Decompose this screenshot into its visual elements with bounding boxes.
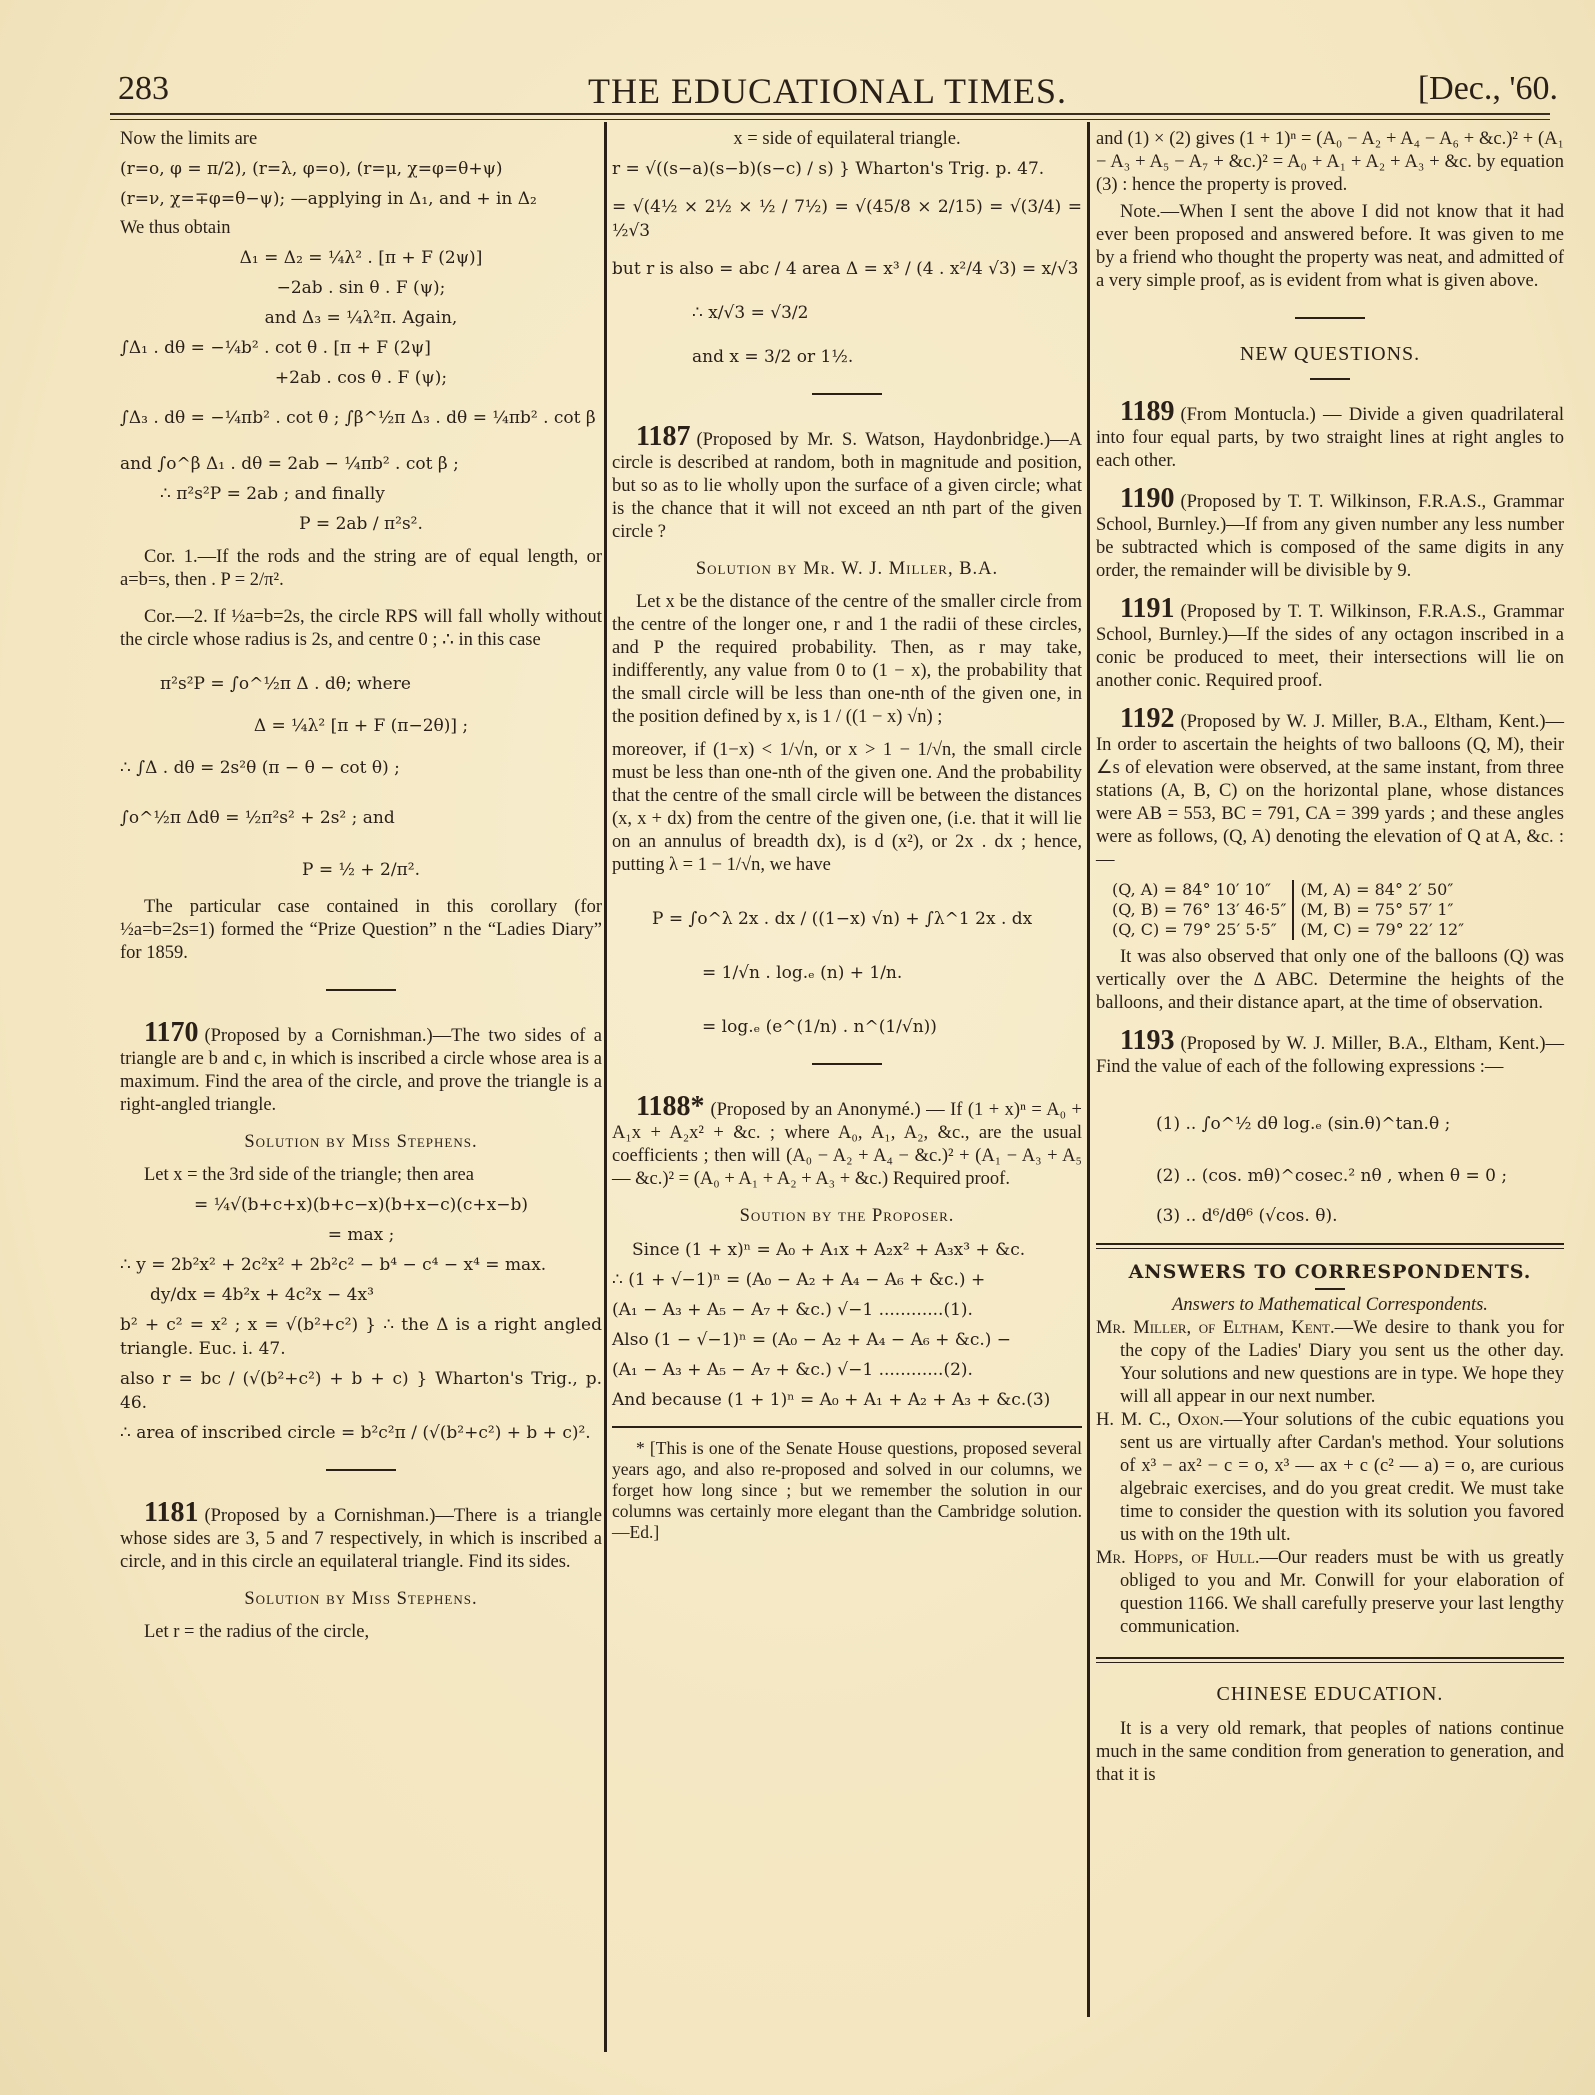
equation: Δ = ¼λ² [π + F (π−2θ)] ; xyxy=(120,714,602,738)
section-separator xyxy=(326,1469,396,1471)
paragraph: x = side of equilateral triangle. xyxy=(612,128,1082,151)
correspondent-name: H. M. C., Oxon. xyxy=(1096,1410,1224,1430)
column-1: Now the limits are (r=o, φ = π/2), (r=λ,… xyxy=(120,128,602,1644)
solution-heading: Solution by Mr. W. J. Miller, B.A. xyxy=(612,558,1082,581)
equation: ∫Δ₃ . dθ = −¼πb² . cot θ ; ∫β^½π Δ₃ . dθ… xyxy=(120,406,602,430)
table-cell: (M, B) = 75° 57′ 1″ xyxy=(1293,900,1470,920)
table-cell: (M, A) = 84° 2′ 50″ xyxy=(1293,880,1470,900)
equation: dy/dx = 4b²x + 4c²x − 4x³ xyxy=(120,1283,602,1307)
prize-note: The particular case contained in this co… xyxy=(120,896,602,965)
equation: Since (1 + x)ⁿ = A₀ + A₁x + A₂x² + A₃x³ … xyxy=(612,1238,1082,1262)
section-separator xyxy=(326,989,396,991)
equation: = 1/√n . log.ₑ (n) + 1/n. xyxy=(612,961,1082,985)
question-1190: 1190(Proposed by T. T. Wilkinson, F.R.A.… xyxy=(1096,487,1564,583)
expression-1: (1) .. ∫o^½ dθ log.ₑ (sin.θ)^tan.θ ; xyxy=(1156,1109,1564,1139)
equation: ∴ ∫Δ . dθ = 2s²θ (π − θ − cot θ) ; xyxy=(120,756,602,780)
column-divider-2 xyxy=(1087,122,1090,2017)
equation: = log.ₑ (e^(1/n) . n^(1/√n)) xyxy=(612,1015,1082,1039)
question-1191: 1191(Proposed by T. T. Wilkinson, F.R.A.… xyxy=(1096,597,1564,693)
equation: and x = 3/2 or 1½. xyxy=(612,345,1082,369)
question-text: (Proposed by W. J. Miller, B.A., Eltham,… xyxy=(1096,712,1564,870)
editor-footnote: * [This is one of the Senate House quest… xyxy=(612,1438,1082,1543)
equation: = √(4½ × 2½ × ½ / 7½) = √(45/8 × 2/15) =… xyxy=(612,195,1082,243)
section-separator xyxy=(812,393,882,395)
table-cell: (Q, C) = 79° 25′ 5·5″ xyxy=(1106,920,1293,940)
equation: P = 2ab / π²s². xyxy=(120,512,602,536)
equation: ∫o^½π Δdθ = ½π²s² + 2s² ; and xyxy=(120,806,602,830)
question-1188: 1188*(Proposed by an Anonymé.) — If (1 +… xyxy=(612,1095,1082,1191)
equation: (A₁ − A₃ + A₅ − A₇ + &c.) √−1 ..........… xyxy=(612,1358,1082,1382)
solution-heading: Solution by Miss Stephens. xyxy=(120,1131,602,1154)
new-questions-heading: NEW QUESTIONS. xyxy=(1096,343,1564,366)
corollary-2: Cor.—2. If ½a=b=2s, the circle RPS will … xyxy=(120,606,602,652)
paragraph: Let x = the 3rd side of the triangle; th… xyxy=(120,1164,602,1187)
equation: P = ∫o^λ 2x . dx / ((1−x) √n) + ∫λ^1 2x … xyxy=(612,907,1082,931)
equation: P = ½ + 2/π². xyxy=(120,858,602,882)
equation: (r=ν, χ=∓φ=θ−ψ); —applying in Δ₁, and + … xyxy=(120,187,602,211)
table-cell: (Q, B) = 76° 13′ 46·5″ xyxy=(1106,900,1293,920)
equation: π²s²P = ∫o^½π Δ . dθ; where xyxy=(120,672,602,696)
equation: = max ; xyxy=(120,1223,602,1247)
solution-heading: Solution by Miss Stephens. xyxy=(120,1588,602,1611)
equation: r = √((s−a)(s−b)(s−c) / s) } Wharton's T… xyxy=(612,157,1082,181)
paragraph: Let r = the radius of the circle, xyxy=(120,1621,602,1644)
section-double-rule xyxy=(1096,1657,1564,1663)
intro-text: Now the limits are xyxy=(120,128,602,151)
equation: +2ab . cos θ . F (ψ); xyxy=(120,366,602,390)
equation: −2ab . sin θ . F (ψ); xyxy=(120,276,602,300)
question-number: 1190 xyxy=(1120,483,1174,514)
answers-heading: ANSWERS TO CORRESPONDENTS. xyxy=(1096,1261,1564,1284)
masthead-title: THE EDUCATIONAL TIMES. xyxy=(588,70,1067,112)
equation: ∫Δ₁ . dθ = −¼b² . cot θ . [π + F (2ψ] xyxy=(120,336,602,360)
section-separator xyxy=(1310,378,1350,380)
angles-table: (Q, A) = 84° 10′ 10″(M, A) = 84° 2′ 50″ … xyxy=(1106,880,1470,940)
correspondent-name: Mr. Miller, of Eltham, Kent. xyxy=(1096,1318,1335,1338)
note-paragraph: Note.—When I sent the above I did not kn… xyxy=(1096,201,1564,293)
paragraph: and (1) × (2) gives (1 + 1)ⁿ = (A₀ − A₂ … xyxy=(1096,128,1564,197)
issue-date: [Dec., '60. xyxy=(1418,70,1558,108)
expression-2: (2) .. (cos. mθ)^cosec.² nθ , when θ = 0… xyxy=(1156,1161,1564,1191)
question-1187: 1187(Proposed by Mr. S. Watson, Haydonbr… xyxy=(612,425,1082,544)
table-cell: (Q, A) = 84° 10′ 10″ xyxy=(1106,880,1293,900)
equation: Δ₁ = Δ₂ = ¼λ² . [π + F (2ψ)] xyxy=(120,246,602,270)
page-number: 283 xyxy=(118,70,169,108)
footnote-rule xyxy=(612,1426,1082,1428)
column-divider-1 xyxy=(604,122,607,2052)
question-1193: 1193(Proposed by W. J. Miller, B.A., Elt… xyxy=(1096,1029,1564,1079)
header-rule-thin xyxy=(110,119,1550,120)
page-header: 283 THE EDUCATIONAL TIMES. [Dec., '60. xyxy=(118,70,1558,114)
equation: = ¼√(b+c+x)(b+c−x)(b+x−c)(c+x−b) xyxy=(120,1193,602,1217)
equation: ∴ area of inscribed circle = b²c²π / (√(… xyxy=(120,1421,602,1445)
question-number: 1181 xyxy=(144,1497,198,1528)
answers-subheading: Answers to Mathematical Correspondents. xyxy=(1096,1294,1564,1317)
equation: ∴ y = 2b²x² + 2c²x² + 2b²c² − b⁴ − c⁴ − … xyxy=(120,1253,602,1277)
section-separator xyxy=(1295,317,1365,319)
corollary-1: Cor. 1.—If the rods and the string are o… xyxy=(120,546,602,592)
column-3: and (1) × (2) gives (1 + 1)ⁿ = (A₀ − A₂ … xyxy=(1096,128,1564,1787)
section-double-rule xyxy=(1096,1243,1564,1249)
table-row: (Q, C) = 79° 25′ 5·5″(M, C) = 79° 22′ 12… xyxy=(1106,920,1470,940)
equation: and Δ₃ = ¼λ²π. Again, xyxy=(120,306,602,330)
question-number: 1189 xyxy=(1120,396,1174,427)
equation: ∴ x/√3 = √3/2 xyxy=(612,301,1082,325)
question-number: 1193 xyxy=(1120,1025,1174,1056)
paragraph: Let x be the distance of the centre of t… xyxy=(612,591,1082,729)
equation: (r=o, φ = π/2), (r=λ, φ=o), (r=μ, χ=φ=θ+… xyxy=(120,157,602,181)
equation: ∴ (1 + √−1)ⁿ = (A₀ − A₂ + A₄ − A₆ + &c.)… xyxy=(612,1268,1082,1292)
chinese-education-heading: CHINESE EDUCATION. xyxy=(1096,1683,1564,1706)
equation: b² + c² = x² ; x = √(b²+c²) } ∴ the Δ is… xyxy=(120,1313,602,1361)
paragraph: It was also observed that only one of th… xyxy=(1096,946,1564,1015)
table-row: (Q, B) = 76° 13′ 46·5″(M, B) = 75° 57′ 1… xyxy=(1106,900,1470,920)
answer-text: —Your solutions of the cubic equations y… xyxy=(1120,1410,1564,1545)
answer-item: H. M. C., Oxon.—Your solutions of the cu… xyxy=(1096,1409,1564,1547)
equation: (A₁ − A₃ + A₅ − A₇ + &c.) √−1 ..........… xyxy=(612,1298,1082,1322)
equation: And because (1 + 1)ⁿ = A₀ + A₁ + A₂ + A₃… xyxy=(612,1388,1082,1412)
equation: but r is also = abc / 4 area Δ = x³ / (4… xyxy=(612,257,1082,281)
section-separator xyxy=(1315,1288,1345,1290)
equation: Also (1 − √−1)ⁿ = (A₀ − A₂ + A₄ − A₆ + &… xyxy=(612,1328,1082,1352)
answer-item: Mr. Miller, of Eltham, Kent.—We desire t… xyxy=(1096,1317,1564,1409)
question-number: 1192 xyxy=(1120,703,1174,734)
question-1189: 1189(From Montucla.) — Divide a given qu… xyxy=(1096,400,1564,473)
section-separator xyxy=(812,1063,882,1065)
question-1181: 1181(Proposed by a Cornishman.)—There is… xyxy=(120,1501,602,1574)
table-cell: (M, C) = 79° 22′ 12″ xyxy=(1293,920,1470,940)
expression-3: (3) .. d⁶/dθ⁶ (√cos. θ). xyxy=(1156,1201,1564,1231)
equation: ∴ π²s²P = 2ab ; and finally xyxy=(120,482,602,506)
equation: and ∫o^β Δ₁ . dθ = 2ab − ¼πb² . cot β ; xyxy=(120,452,602,476)
equation: also r = bc / (√(b²+c²) + b + c) } Whart… xyxy=(120,1367,602,1415)
header-rule xyxy=(110,113,1550,115)
solution-heading: Soution by the Proposer. xyxy=(612,1205,1082,1228)
table-row: (Q, A) = 84° 10′ 10″(M, A) = 84° 2′ 50″ xyxy=(1106,880,1470,900)
question-number: 1191 xyxy=(1120,593,1174,624)
question-1192: 1192(Proposed by W. J. Miller, B.A., Elt… xyxy=(1096,707,1564,872)
question-number: 1188* xyxy=(636,1091,704,1122)
correspondent-name: Mr. Hopps, of Hull. xyxy=(1096,1548,1260,1568)
question-1170: 1170(Proposed by a Cornishman.)—The two … xyxy=(120,1021,602,1117)
answer-item: Mr. Hopps, of Hull.—Our readers must be … xyxy=(1096,1547,1564,1639)
column-2: x = side of equilateral triangle. r = √(… xyxy=(612,128,1082,1543)
paragraph: We thus obtain xyxy=(120,217,602,240)
paragraph: moreover, if (1−x) < 1/√n, or x > 1 − 1/… xyxy=(612,739,1082,877)
question-number: 1170 xyxy=(144,1017,198,1048)
article-text: It is a very old remark, that peoples of… xyxy=(1096,1718,1564,1787)
question-number: 1187 xyxy=(636,421,690,452)
